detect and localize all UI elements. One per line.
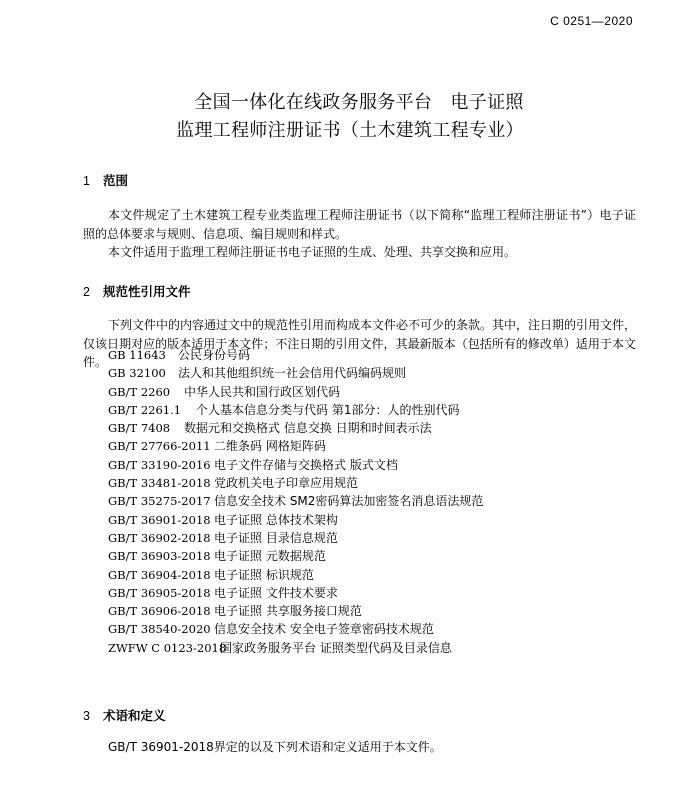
reference-name: 电子证照 目录信息规范 <box>214 529 338 546</box>
document-title-line-1: 全国一体化在线政务服务平台 电子证照 <box>0 88 700 114</box>
reference-code: GB/T 33190-2016 <box>108 458 214 472</box>
reference-code: GB 32100 <box>108 366 178 380</box>
reference-name: 电子证照 共享服务接口规范 <box>214 602 362 619</box>
reference-name: 个人基本信息分类与代码 第1部分：人的性别代码 <box>196 401 459 418</box>
reference-item: GB/T 2261.1个人基本信息分类与代码 第1部分：人的性别代码 <box>108 401 483 419</box>
reference-item: GB/T 36904-2018电子证照 标识规范 <box>108 566 483 584</box>
reference-code: GB/T 35275-2017 <box>108 494 214 508</box>
reference-item: GB/T 36901-2018电子证照 总体技术架构 <box>108 511 483 529</box>
reference-item: GB 11643公民身份号码 <box>108 346 483 364</box>
reference-item: GB/T 35275-2017信息安全技术 SM2密码算法加密签名消息语法规范 <box>108 492 483 510</box>
reference-name: 电子证照 标识规范 <box>214 566 314 583</box>
reference-code: GB/T 2261.1 <box>108 403 196 417</box>
reference-name: 电子证照 总体技术架构 <box>214 511 338 528</box>
reference-item: GB/T 36903-2018电子证照 元数据规范 <box>108 547 483 565</box>
reference-item: ZWFW C 0123-2018国家政务服务平台 证照类型代码及目录信息 <box>108 639 483 657</box>
section-title: 范围 <box>103 173 128 188</box>
reference-code: GB/T 36901-2018 <box>108 513 214 527</box>
reference-name: 中华人民共和国行政区划代码 <box>184 383 340 400</box>
reference-item: GB/T 33481-2018党政机关电子印章应用规范 <box>108 474 483 492</box>
reference-code: GB/T 2260 <box>108 385 184 399</box>
reference-code: GB/T 36902-2018 <box>108 531 214 545</box>
section-3-heading: 3术语和定义 <box>83 706 166 724</box>
document-code: C 0251—2020 <box>550 14 633 28</box>
reference-item: GB/T 36905-2018电子证照 文件技术要求 <box>108 584 483 602</box>
reference-name: 信息安全技术 安全电子签章密码技术规范 <box>214 620 434 637</box>
reference-item: GB/T 36906-2018电子证照 共享服务接口规范 <box>108 602 483 620</box>
reference-name: 电子证照 元数据规范 <box>214 547 326 564</box>
reference-name: 党政机关电子印章应用规范 <box>214 474 358 491</box>
normative-references-list: GB 11643公民身份号码 GB 32100法人和其他组织统一社会信用代码编码… <box>108 346 483 657</box>
section-title: 规范性引用文件 <box>103 284 191 299</box>
reference-item: GB/T 7408数据元和交换格式 信息交换 日期和时间表示法 <box>108 419 483 437</box>
reference-item: GB 32100法人和其他组织统一社会信用代码编码规则 <box>108 364 483 382</box>
reference-code: GB/T 38540-2020 <box>108 622 214 636</box>
reference-code: GB/T 36904-2018 <box>108 568 214 582</box>
reference-code: GB 11643 <box>108 348 178 362</box>
section-1-paragraph-1: 本文件规定了土木建筑工程专业类监理工程师注册证书（以下简称“监理工程师注册证书”… <box>83 206 636 243</box>
reference-name: 公民身份号码 <box>178 346 250 363</box>
reference-code: GB/T 36905-2018 <box>108 586 214 600</box>
document-title-line-2: 监理工程师注册证书（土木建筑工程专业） <box>0 116 700 142</box>
section-number: 1 <box>83 174 103 188</box>
reference-code: GB/T 33481-2018 <box>108 476 214 490</box>
reference-name: 二维条码 网格矩阵码 <box>214 437 326 454</box>
section-number: 3 <box>83 709 103 723</box>
section-title: 术语和定义 <box>103 708 166 723</box>
section-number: 2 <box>83 285 103 299</box>
reference-name: 信息安全技术 SM2密码算法加密签名消息语法规范 <box>214 492 483 509</box>
section-3-paragraph-1: GB/T 36901-2018界定的以及下列术语和定义适用于本文件。 <box>83 738 636 757</box>
reference-name: 电子文件存储与交换格式 版式文档 <box>214 456 398 473</box>
reference-item: GB/T 38540-2020信息安全技术 安全电子签章密码技术规范 <box>108 620 483 638</box>
reference-code: ZWFW C 0123-2018 <box>108 641 220 655</box>
section-1-heading: 1范围 <box>83 171 128 189</box>
reference-code: GB/T 36903-2018 <box>108 549 214 563</box>
section-1-paragraph-2: 本文件适用于监理工程师注册证书电子证照的生成、处理、共享交换和应用。 <box>83 243 636 262</box>
section-2-heading: 2规范性引用文件 <box>83 282 191 300</box>
reference-code: GB/T 27766-2011 <box>108 439 214 453</box>
reference-item: GB/T 33190-2016电子文件存储与交换格式 版式文档 <box>108 456 483 474</box>
reference-item: GB/T 27766-2011二维条码 网格矩阵码 <box>108 437 483 455</box>
reference-name: 国家政务服务平台 证照类型代码及目录信息 <box>220 639 452 656</box>
reference-item: GB/T 36902-2018电子证照 目录信息规范 <box>108 529 483 547</box>
reference-code: GB/T 7408 <box>108 421 184 435</box>
reference-name: 法人和其他组织统一社会信用代码编码规则 <box>178 364 406 381</box>
reference-item: GB/T 2260中华人民共和国行政区划代码 <box>108 383 483 401</box>
reference-code: GB/T 36906-2018 <box>108 604 214 618</box>
reference-name: 电子证照 文件技术要求 <box>214 584 338 601</box>
reference-name: 数据元和交换格式 信息交换 日期和时间表示法 <box>184 419 432 436</box>
